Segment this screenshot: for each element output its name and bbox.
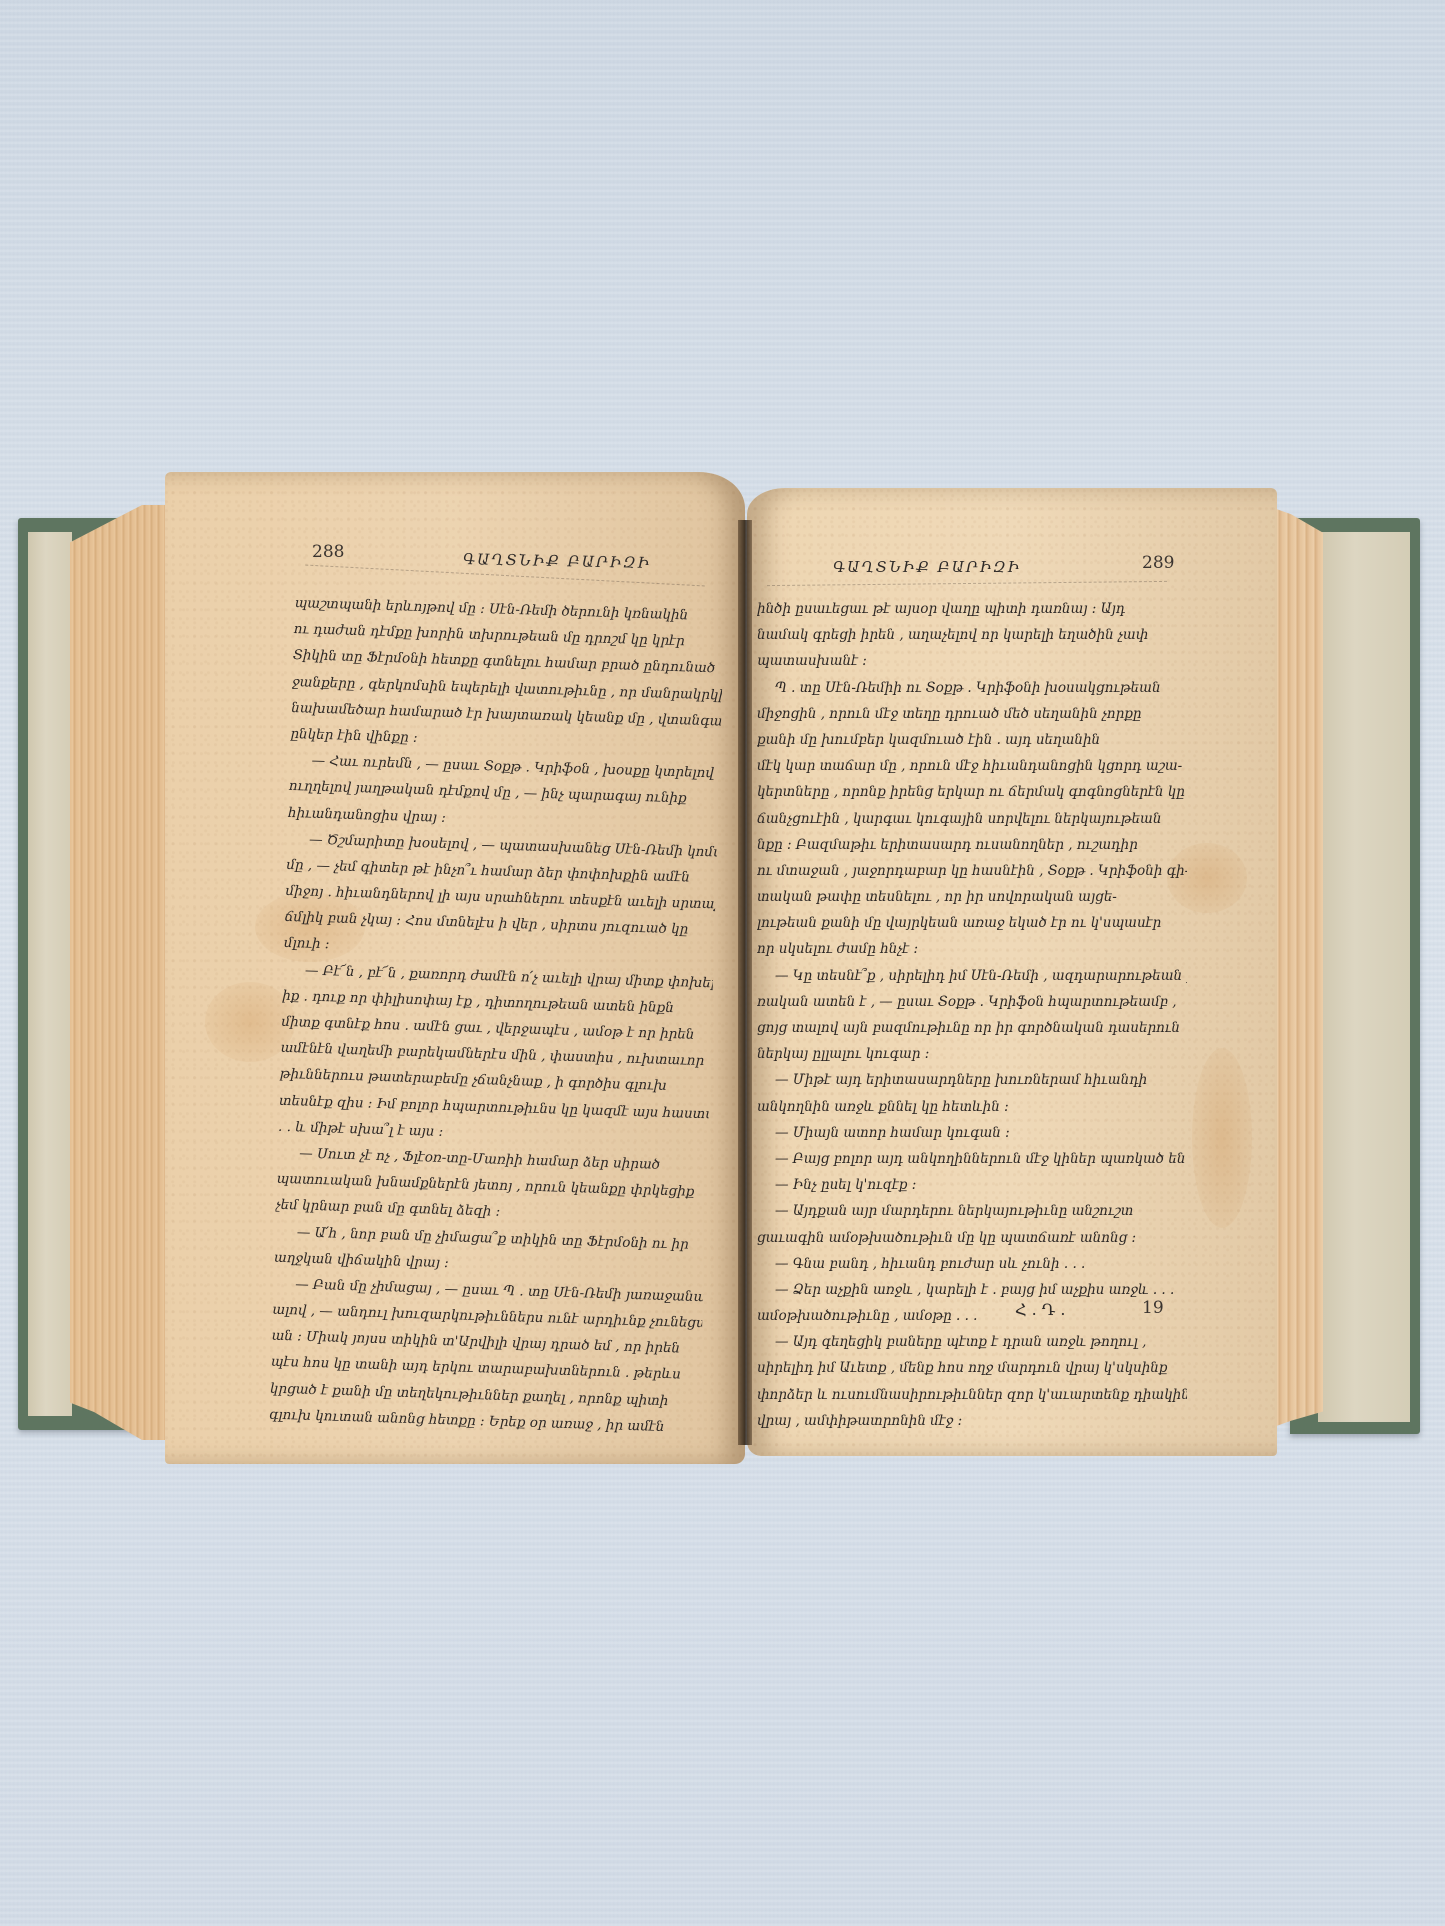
- text-line: ինծի ըսաւեցաւ թէ այսօր վաղը պիտի դառնայ …: [757, 596, 1187, 622]
- left-page-text: պաշտպանի երևոյթով մը ։ Սէն-Ռեմի ծերունի …: [269, 590, 725, 1441]
- text-line: — Ձեր աչքին առջև , կարելի է . բայց իմ աչ…: [757, 1277, 1187, 1303]
- text-line: տական թափը տեսնելու , որ իր սովորական այ…: [757, 884, 1187, 910]
- text-line: — Ինչ ըսել կ'ուզէք ։: [757, 1172, 1187, 1198]
- text-line: — Միայն ատոր համար կուգան ։: [757, 1120, 1187, 1146]
- text-line: — Միթէ այդ երիտասարդները խուռներամ հիւան…: [757, 1067, 1187, 1093]
- text-line: նքը ։ Բազմաթիւ երիտասարդ ուսանողներ , ու…: [757, 832, 1187, 858]
- text-line: — Բայց բոլոր այդ անկողիններուն մէջ կիներ…: [757, 1146, 1187, 1172]
- text-line: նամակ գրեցի իրեն , աղաչելով որ կարելի եղ…: [757, 622, 1187, 648]
- text-line: ցոյց տալով այն բազմութիւնը որ իր գործնակ…: [757, 1015, 1187, 1041]
- text-line: քանի մը խումբեր կազմուած էին . այդ սեղան…: [757, 727, 1187, 753]
- text-line: — Գնա բանդ , հիւանդ բուժար սև չունի . . …: [757, 1251, 1187, 1277]
- text-line: ռական ատեն է , — ըսաւ Տօքթ . Կրիֆօն հպար…: [757, 989, 1187, 1015]
- signature-mark: Հ . Դ .: [1015, 1300, 1066, 1319]
- text-line: ճանչցուէին , կարգաւ կուգային սորվելու նե…: [757, 806, 1187, 832]
- header-rule-right: [767, 581, 1167, 586]
- page-number-right: 289: [1142, 553, 1174, 573]
- page-stain: [1192, 1048, 1252, 1228]
- text-line: — Կը տեսնէ՞ք , սիրելիդ իմ Սէն-Ռեմի , ազդ…: [757, 963, 1187, 989]
- text-line: անկողնին առջև քննել կը հետևին ։: [757, 1094, 1187, 1120]
- page-number-left: 288: [312, 542, 344, 562]
- text-line: ներկայ ըլլալու կուգար ։: [757, 1041, 1187, 1067]
- text-line: մէկ կար տաճար մը , որուն մէջ հիւանդանոցի…: [757, 753, 1187, 779]
- book-gutter: [738, 520, 752, 1445]
- text-line: լութեան քանի մը վայրկեան առաջ եկած էր ու…: [757, 910, 1187, 936]
- text-line: սիրելիդ իմ Աւետք , մենք հոս ողջ մարդուն …: [757, 1355, 1187, 1381]
- left-page: 288 ԳԱՂՏՆԻՔ ԲԱՐԻԶԻ պաշտպանի երևոյթով մը …: [165, 472, 745, 1464]
- endpaper-left: [28, 532, 72, 1416]
- text-line: պատասխանէ ։: [757, 648, 1187, 674]
- text-line: ամօթխածութիւնը , ամօթը . . .: [757, 1303, 1187, 1329]
- text-line: — Այդքան այր մարդերու ներկայութիւնը անշո…: [757, 1198, 1187, 1224]
- text-line: ցաւագին ամօթխածութիւն մը կը պատճառէ անոն…: [757, 1225, 1187, 1251]
- right-page-text: ինծի ըսաւեցաւ թէ այսօր վաղը պիտի դառնայ …: [757, 596, 1187, 1434]
- text-line: միջոցին , որուն մէջ տեղը դրուած մեծ սեղա…: [757, 701, 1187, 727]
- endpaper-right: [1318, 532, 1410, 1422]
- text-line: կերտները , որոնք իրենց երկար ու ճերմակ գ…: [757, 779, 1187, 805]
- text-line: որ սկսելու ժամը հնչէ ։: [757, 936, 1187, 962]
- running-head-left: ԳԱՂՏՆԻՔ ԲԱՐԻԶԻ: [463, 550, 651, 572]
- text-line: ու մտաջան , յաջորդաբար կը հասնէին , Տօքթ…: [757, 858, 1187, 884]
- running-head-right: ԳԱՂՏՆԻՔ ԲԱՐԻԶԻ: [833, 558, 1021, 576]
- right-page: ԳԱՂՏՆԻՔ ԲԱՐԻԶԻ 289 ինծի ըսաւեցաւ թէ այսօ…: [747, 488, 1277, 1456]
- text-line: — Այդ գեղեցիկ բաները պէտք է դրան առջև թո…: [757, 1329, 1187, 1355]
- signature-number: 19: [1142, 1298, 1164, 1318]
- text-line: փորձեր և ուսումնասիրութիւններ զոր կ'աւար…: [757, 1382, 1187, 1408]
- text-line: Պ . տը Սէն-Ռեմիի ու Տօքթ . Կրիֆօնի խօսակ…: [757, 675, 1187, 701]
- text-line: վրայ , ամփիթատրոնին մէջ ։: [757, 1408, 1187, 1434]
